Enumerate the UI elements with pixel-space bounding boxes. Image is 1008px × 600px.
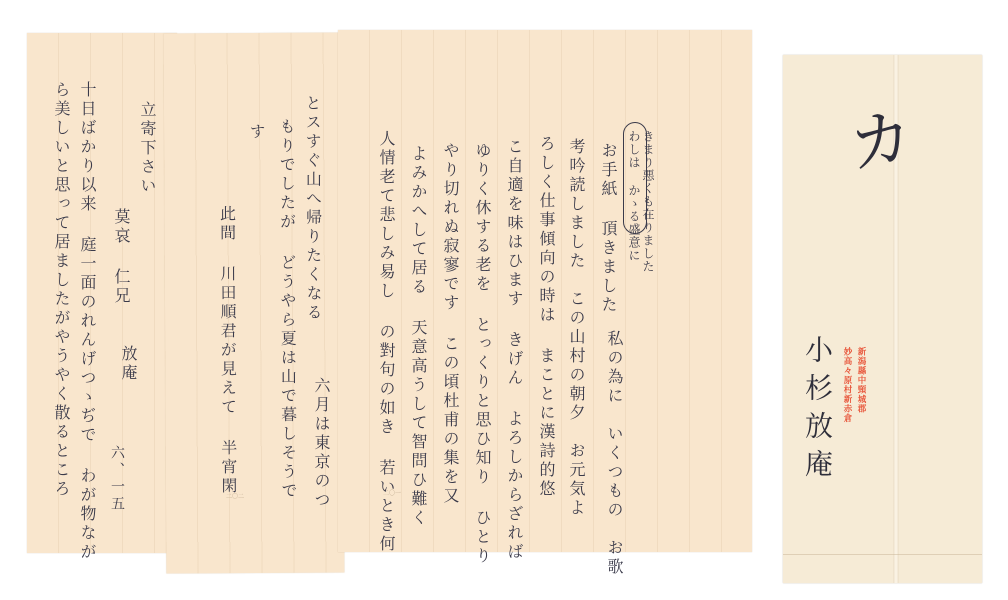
letter-line: やり切れぬ寂寥です この頃杜甫の集を又 xyxy=(442,142,458,506)
letter-line: お手紙 xyxy=(600,142,616,199)
stamp-line: 新潟縣中頸城郡 xyxy=(855,347,867,423)
letter-line: こ自適を味はひます きげん よろしからざれば xyxy=(506,138,522,562)
letter-line: ゆりく休する老を とっくりと思ひ知り ひとり xyxy=(474,142,490,566)
letter-line: ろしく仕事傾向の時は まことに漢詩的悠 xyxy=(538,135,554,499)
letter-line: 考吟読しました この山村の朝夕 お元気よ xyxy=(568,138,584,518)
letter-line: 此間 川田順君が見えて 半宵閑 xyxy=(218,205,236,496)
letter-page-1: お手紙 頂きました わしは かゝる盛意に きまり悪くも在りました 考吟読しました… xyxy=(338,30,752,552)
date: 六、一五 xyxy=(110,445,124,513)
page-number: 二〇二 xyxy=(226,491,244,500)
envelope: カ 小杉放庵 新潟縣中頸城郡 妙高々原村新赤倉 xyxy=(783,55,982,583)
sender-address-stamp: 新潟縣中頸城郡 妙高々原村新赤倉 xyxy=(841,347,867,423)
page-number: 二〇一 xyxy=(383,488,401,497)
letter-line: よみかへして居る 天意高うして智問ひ難く xyxy=(410,145,426,528)
letter-line: 立寄下さい xyxy=(139,101,155,196)
letter-line: もりでしたが どうやら夏は山で暮しそうで xyxy=(278,118,296,501)
margin-note-bracket xyxy=(623,122,647,234)
stamp-line: 妙高々原村新赤倉 xyxy=(841,347,853,423)
letter-page-3: 十日ばかり以来 庭一面のれんげつゝぢで わが物なが ら美しいと思って居ましたがや… xyxy=(27,33,177,553)
sender-name: 小杉放庵 xyxy=(797,335,837,487)
letter-line: とスすぐ山へ帰りたくなる xyxy=(304,95,321,323)
letter-line: 十日ばかり以来 庭一面のれんげつゝぢで わが物なが xyxy=(79,81,95,562)
signature: 放庵 xyxy=(120,345,136,383)
letter-line: ら美しいと思って居ましたがやうやく散るところ xyxy=(53,81,69,499)
envelope-flap xyxy=(783,554,982,583)
letter-line: 頂きました xyxy=(600,220,616,315)
letter-line: 六月は東京のつ xyxy=(313,377,329,510)
letter-line: す xyxy=(248,123,264,142)
letter-line: 私の為に いくつもの お歌 xyxy=(606,330,622,577)
addressee: 莫哀 仁兄 xyxy=(113,208,129,306)
envelope-handwritten-mark: カ xyxy=(842,86,918,186)
